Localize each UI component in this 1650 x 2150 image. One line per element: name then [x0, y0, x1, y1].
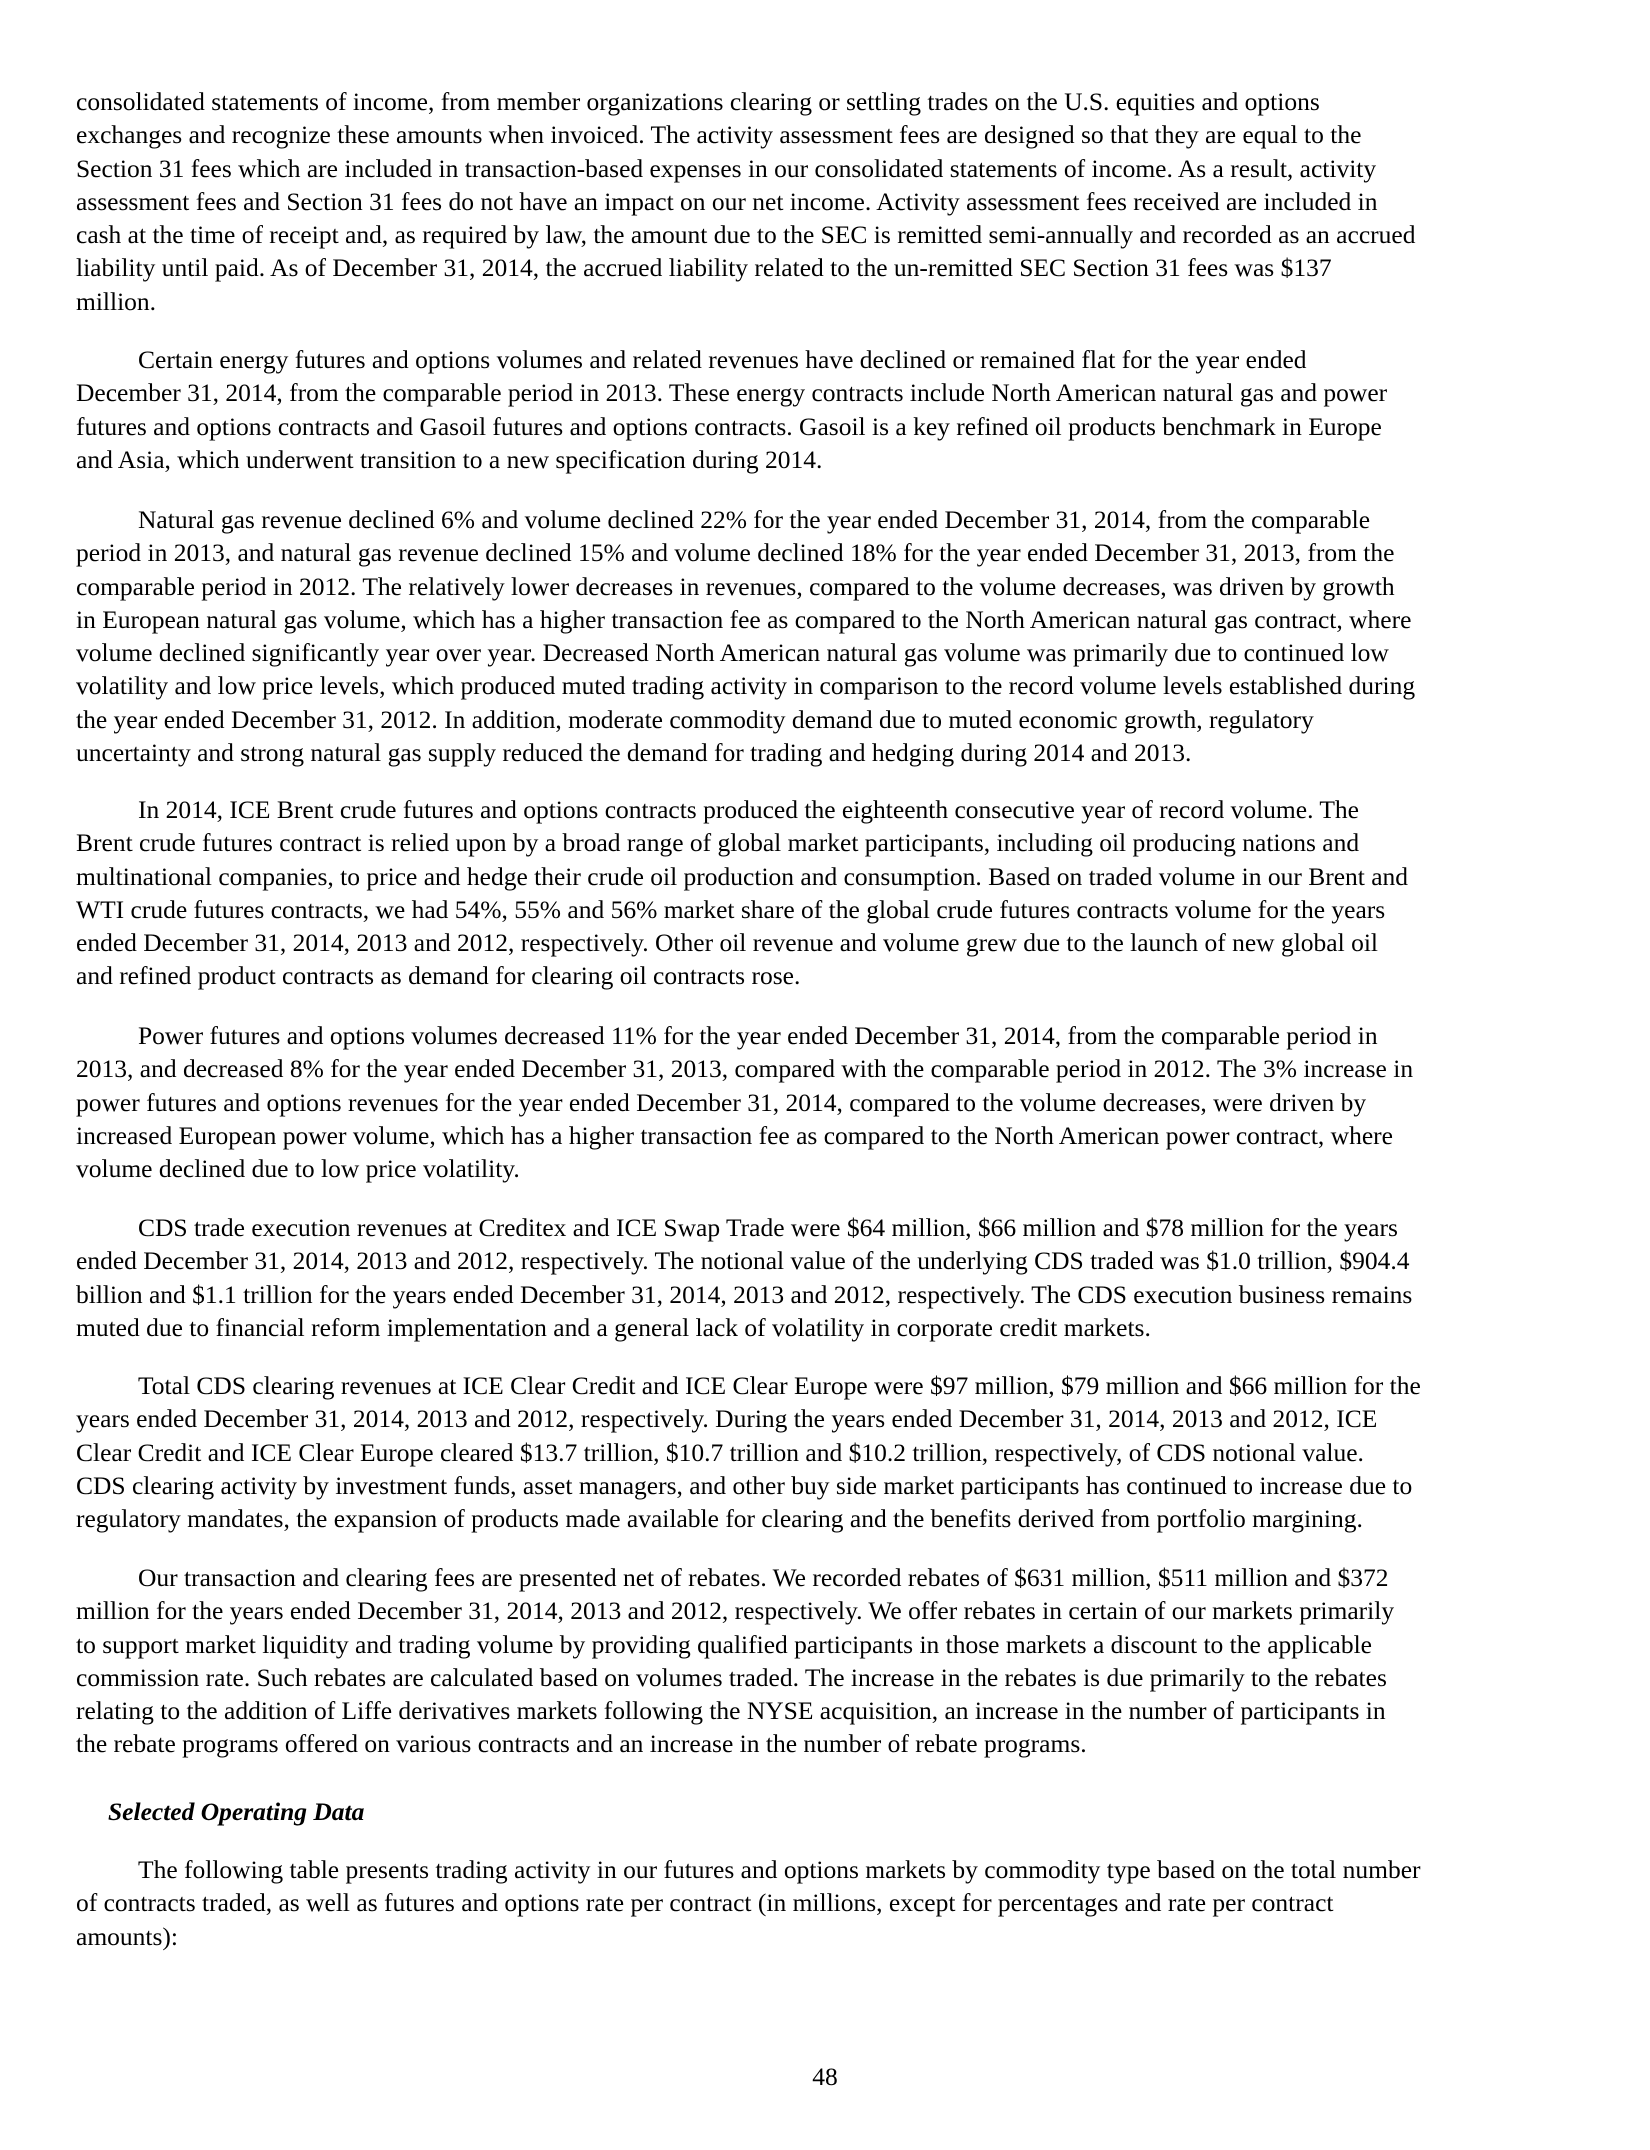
text-line: the rebate programs offered on various c… [76, 1727, 1576, 1760]
paragraph-table-intro: The following table presents trading act… [76, 1853, 1576, 1953]
paragraph-natural-gas: Natural gas revenue declined 6% and volu… [76, 503, 1576, 769]
paragraph-activity-assessment-fees: consolidated statements of income, from … [76, 85, 1576, 318]
text-line: volume declined due to low price volatil… [76, 1152, 1576, 1185]
text-line: WTI crude futures contracts, we had 54%,… [76, 893, 1576, 926]
text-line: million for the years ended December 31,… [76, 1594, 1576, 1627]
text-line: in European natural gas volume, which ha… [76, 603, 1576, 636]
text-line: cash at the time of receipt and, as requ… [76, 218, 1576, 251]
text-line: In 2014, ICE Brent crude futures and opt… [76, 793, 1576, 826]
text-line: The following table presents trading act… [76, 1853, 1576, 1886]
text-line: Our transaction and clearing fees are pr… [76, 1561, 1576, 1594]
text-line: CDS clearing activity by investment fund… [76, 1469, 1576, 1502]
text-line: exchanges and recognize these amounts wh… [76, 118, 1576, 151]
text-line: million. [76, 285, 1576, 318]
text-line: CDS trade execution revenues at Creditex… [76, 1211, 1576, 1244]
text-line: Clear Credit and ICE Clear Europe cleare… [76, 1436, 1576, 1469]
text-line: volatility and low price levels, which p… [76, 669, 1576, 702]
text-line: relating to the addition of Liffe deriva… [76, 1694, 1576, 1727]
paragraph-cds-clearing: Total CDS clearing revenues at ICE Clear… [76, 1369, 1576, 1535]
text-line: Total CDS clearing revenues at ICE Clear… [76, 1369, 1576, 1402]
text-line: to support market liquidity and trading … [76, 1628, 1576, 1661]
text-line: uncertainty and strong natural gas suppl… [76, 736, 1576, 769]
text-line: ended December 31, 2014, 2013 and 2012, … [76, 1244, 1576, 1277]
text-line: Natural gas revenue declined 6% and volu… [76, 503, 1576, 536]
document-page: consolidated statements of income, from … [0, 0, 1650, 2150]
text-line: period in 2013, and natural gas revenue … [76, 536, 1576, 569]
text-line: ended December 31, 2014, 2013 and 2012, … [76, 926, 1576, 959]
text-line: of contracts traded, as well as futures … [76, 1886, 1576, 1919]
text-line: futures and options contracts and Gasoil… [76, 410, 1576, 443]
paragraph-brent-crude: In 2014, ICE Brent crude futures and opt… [76, 793, 1576, 993]
section-heading: Selected Operating Data [108, 1795, 364, 1828]
text-line: liability until paid. As of December 31,… [76, 251, 1576, 284]
text-line: and Asia, which underwent transition to … [76, 443, 1576, 476]
text-line: amounts): [76, 1920, 1576, 1953]
text-line: the year ended December 31, 2012. In add… [76, 703, 1576, 736]
text-line: Certain energy futures and options volum… [76, 343, 1576, 376]
text-line: increased European power volume, which h… [76, 1119, 1576, 1152]
paragraph-cds-trade-execution: CDS trade execution revenues at Creditex… [76, 1211, 1576, 1344]
text-line: assessment fees and Section 31 fees do n… [76, 185, 1576, 218]
text-line: Power futures and options volumes decrea… [76, 1019, 1576, 1052]
paragraph-rebates: Our transaction and clearing fees are pr… [76, 1561, 1576, 1761]
text-line: 2013, and decreased 8% for the year ende… [76, 1052, 1576, 1085]
text-line: regulatory mandates, the expansion of pr… [76, 1502, 1576, 1535]
text-line: muted due to financial reform implementa… [76, 1311, 1576, 1344]
paragraph-power-futures: Power futures and options volumes decrea… [76, 1019, 1576, 1185]
text-line: comparable period in 2012. The relativel… [76, 570, 1576, 603]
page-number: 48 [0, 2060, 1650, 2093]
text-line: December 31, 2014, from the comparable p… [76, 376, 1576, 409]
text-line: power futures and options revenues for t… [76, 1086, 1576, 1119]
text-line: Section 31 fees which are included in tr… [76, 152, 1576, 185]
text-line: multinational companies, to price and he… [76, 860, 1576, 893]
text-line: and refined product contracts as demand … [76, 959, 1576, 992]
text-line: years ended December 31, 2014, 2013 and … [76, 1402, 1576, 1435]
text-line: commission rate. Such rebates are calcul… [76, 1661, 1576, 1694]
paragraph-energy-futures: Certain energy futures and options volum… [76, 343, 1576, 476]
text-line: consolidated statements of income, from … [76, 85, 1576, 118]
text-line: Brent crude futures contract is relied u… [76, 826, 1576, 859]
text-line: volume declined significantly year over … [76, 636, 1576, 669]
text-line: billion and $1.1 trillion for the years … [76, 1278, 1576, 1311]
